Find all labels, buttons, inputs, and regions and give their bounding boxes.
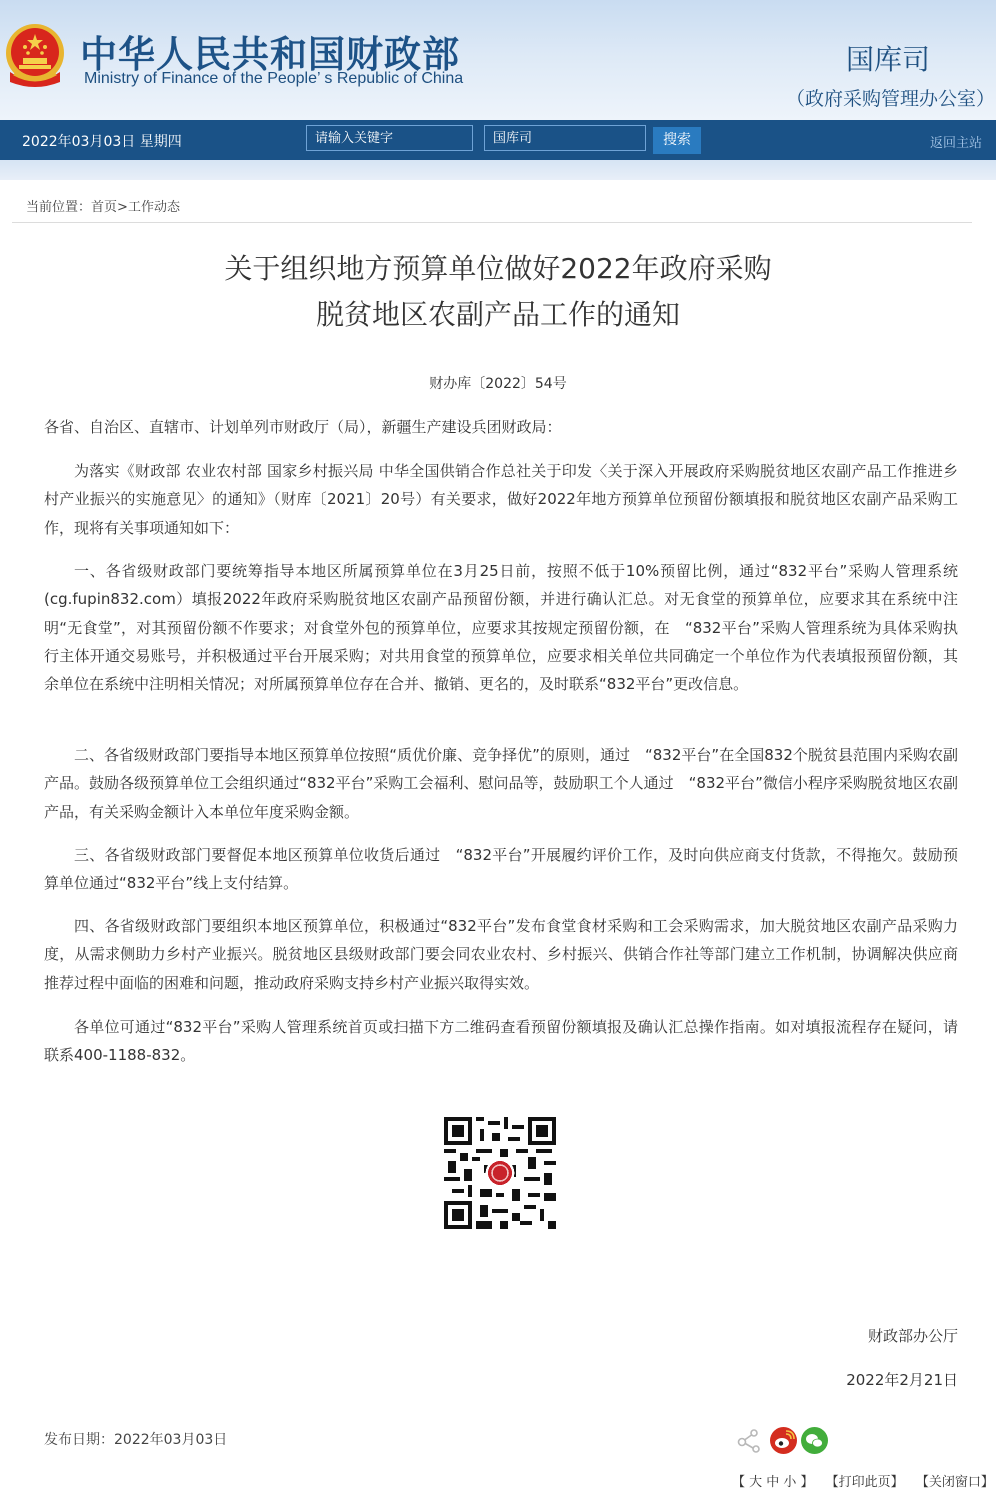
- weibo-icon[interactable]: [770, 1427, 797, 1454]
- header-background-strip: [0, 160, 996, 180]
- document-number: 财办库〔2022〕54号: [0, 373, 996, 393]
- paragraph-1: 一、各省级财政部门要统筹指导本地区所属预算单位在3月25日前，按照不低于10%预…: [44, 557, 958, 698]
- breadcrumb: 当前位置：首页>工作动态: [26, 196, 180, 215]
- current-date: 2022年03月03日 星期四: [22, 131, 182, 151]
- article-title: 关于组织地方预算单位做好2022年政府采购 脱贫地区农副产品工作的通知: [0, 250, 996, 342]
- page-tools: 【 大 中 小 】 【打印此页】 【关闭窗口】: [732, 1471, 996, 1490]
- paragraph-5: 各单位可通过“832平台”采购人管理系统首页或扫描下方二维码查看预留份额填报及确…: [44, 1013, 958, 1070]
- font-size-control[interactable]: 【 大 中 小 】: [732, 1475, 814, 1490]
- keyword-search-input[interactable]: 请输入关键字: [306, 125, 473, 151]
- breadcrumb-label: 当前位置：: [26, 200, 91, 215]
- site-header: 中华人民共和国财政部 Ministry of Finance of the Pe…: [0, 0, 996, 120]
- dept-name: 国库司: [846, 38, 930, 78]
- article-title-line-2: 脱贫地区农副产品工作的通知: [0, 296, 996, 334]
- site-title-en: Ministry of Finance of the People’ s Rep…: [84, 70, 463, 88]
- print-page-link[interactable]: 【打印此页】: [826, 1475, 904, 1490]
- publish-date: 发布日期：2022年03月03日: [44, 1429, 227, 1449]
- divider: [12, 222, 972, 223]
- search-button[interactable]: 搜索: [653, 127, 701, 154]
- article-title-line-1: 关于组织地方预算单位做好2022年政府采购: [0, 250, 996, 288]
- national-emblem-icon: [4, 22, 66, 90]
- dept-select[interactable]: 国库司: [484, 125, 646, 151]
- paragraph-3: 三、各省级财政部门要督促本地区预算单位收货后通过 “832平台”开展履约评价工作…: [44, 841, 958, 898]
- breadcrumb-work-news[interactable]: 工作动态: [128, 200, 180, 215]
- nav-bar: 2022年03月03日 星期四 请输入关键字 国库司 搜索 返回主站: [0, 120, 996, 160]
- breadcrumb-separator: >: [117, 200, 128, 215]
- paragraph-2: 二、各省级财政部门要指导本地区预算单位按照“质优价廉、竞争择优”的原则，通过 “…: [44, 741, 958, 826]
- qr-code-icon: [444, 1117, 556, 1229]
- close-window-link[interactable]: 【关闭窗口】: [916, 1475, 994, 1490]
- share-icon[interactable]: [737, 1428, 763, 1454]
- breadcrumb-home[interactable]: 首页: [91, 200, 117, 215]
- signature: 财政部办公厅: [868, 1325, 958, 1346]
- signature-date: 2022年2月21日: [846, 1369, 958, 1390]
- addressee: 各省、自治区、直辖市、计划单列市财政厅（局），新疆生产建设兵团财政局：: [44, 413, 958, 441]
- return-home-link[interactable]: 返回主站: [930, 132, 982, 151]
- wechat-icon[interactable]: [801, 1427, 828, 1454]
- dept-subtitle: （政府采购管理办公室）: [786, 84, 995, 111]
- paragraph-intro: 为落实《财政部 农业农村部 国家乡村振兴局 中华全国供销合作总社关于印发〈关于深…: [44, 457, 958, 542]
- paragraph-4: 四、各省级财政部门要组织本地区预算单位，积极通过“832平台”发布食堂食材采购和…: [44, 912, 958, 997]
